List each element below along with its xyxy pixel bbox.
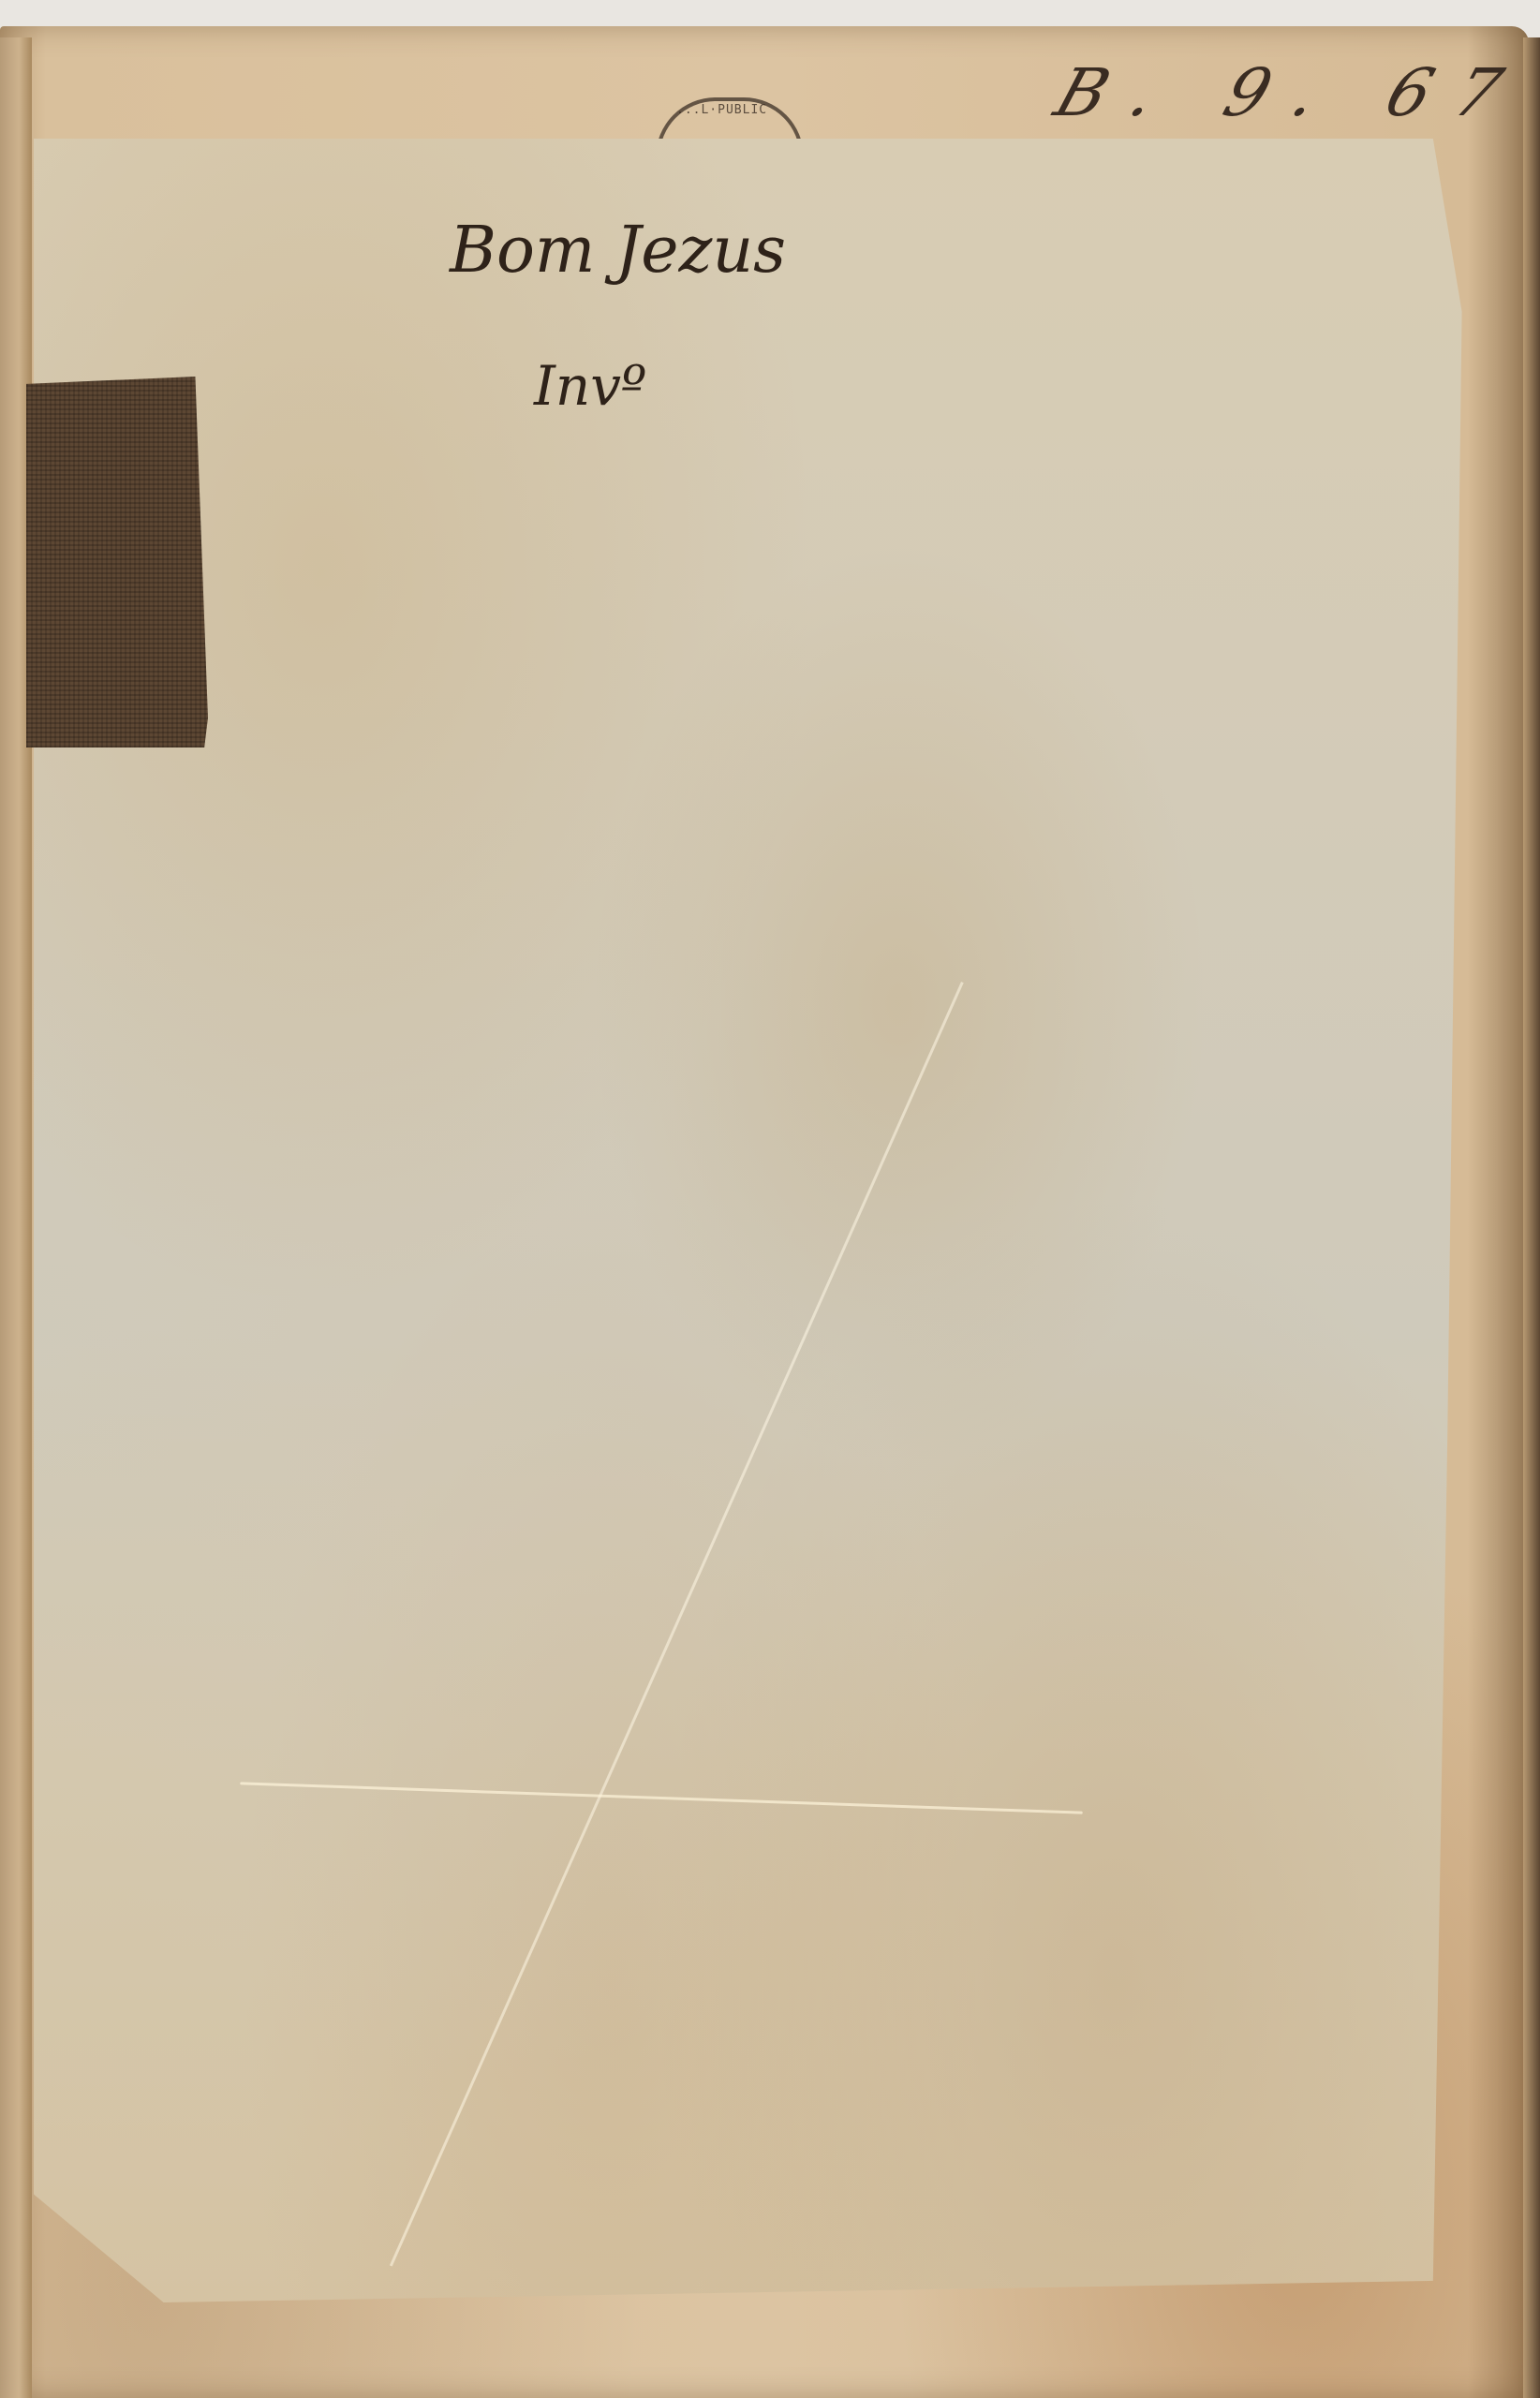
inscription-line-1: Bom Jezus (450, 214, 786, 288)
board-right-edge (1523, 37, 1540, 2398)
sheet-fold-line (390, 982, 964, 2267)
cloth-tab (26, 377, 208, 748)
inscription-line-2: Invº (534, 354, 646, 418)
library-stamp-text: ...L·PUBLIC (676, 103, 767, 117)
sheet-tear-line (240, 1782, 1083, 1813)
shelfmark: B. 9. 67 (1046, 54, 1538, 131)
pasted-sheet (34, 139, 1476, 2302)
